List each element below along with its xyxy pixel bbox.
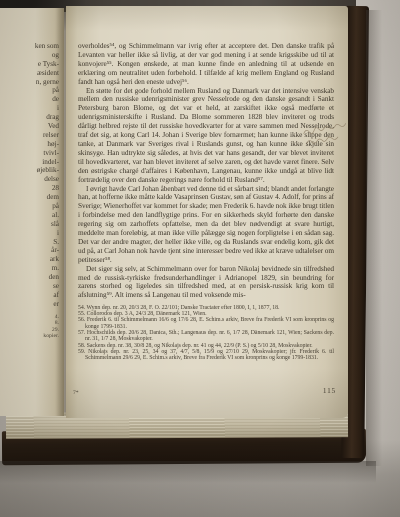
footnotes: 54. Wynn dep. nr. 20, 20/3 28, F. O. 22/… [78, 305, 334, 362]
book-photo: ken somoge Tysk-æsidentn, gernepådeidrag… [0, 0, 400, 517]
footnote: 56. Frederik 6. til Schimmelmann 16/6 og… [78, 317, 334, 330]
footnote: 57. Hochschilds dep. 20/6 28, Danica, St… [78, 330, 334, 343]
book-shadow-bottom [0, 461, 376, 483]
left-page-edge: ken somoge Tysk-æsidentn, gernepådeidrag… [0, 8, 64, 416]
signature-mark: 7* [73, 390, 79, 396]
paragraph: I øvrigt havde Carl Johan åbenbart ved d… [78, 185, 334, 265]
book-shadow-right [366, 10, 382, 466]
paragraph: overholdes⁵⁴, og Schimmelmann var ivrig … [78, 42, 334, 87]
footnote: 58. Sackens dep. nr. 38, 30/8 28, og Nik… [78, 343, 334, 349]
page-text-block: overholdes⁵⁴, og Schimmelmann var ivrig … [78, 42, 334, 384]
page-number: 115 [306, 386, 336, 395]
body-text: overholdes⁵⁴, og Schimmelmann var ivrig … [78, 42, 334, 300]
paragraph: Det siger sig selv, at Schimmelmann over… [78, 265, 334, 301]
handwritten-marginalia-icon [302, 121, 348, 153]
paragraph: En støtte for det gode forhold mellem Ru… [78, 87, 334, 185]
footnote: 59. Nikolajs dep. nr. 23, 25, 34 og 37, … [78, 349, 334, 362]
